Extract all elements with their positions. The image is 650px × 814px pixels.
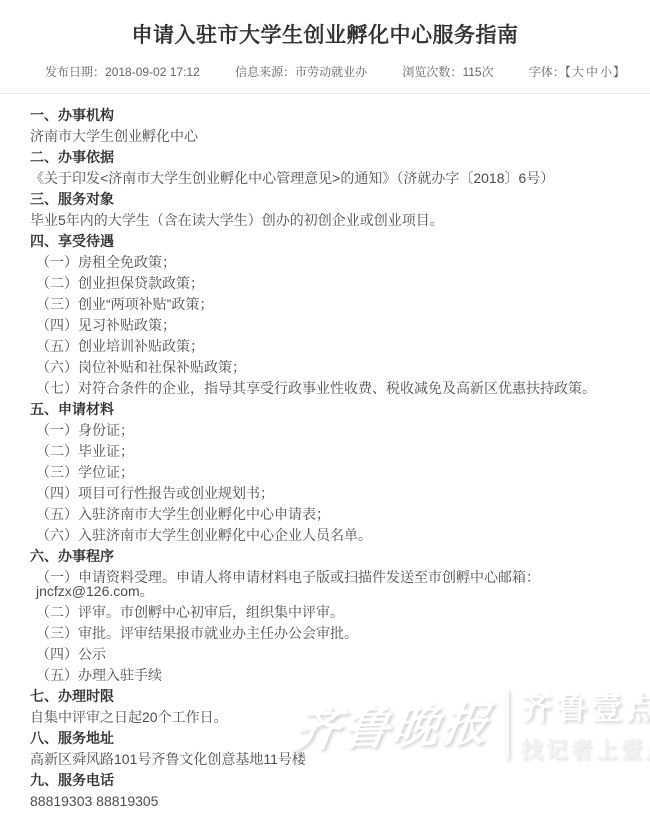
section-heading: 八、服务地址 (30, 727, 620, 748)
section-heading: 七、办理时限 (30, 685, 620, 706)
section-materials: 五、申请材料 （一）身份证； （二）毕业证； （三）学位证； （四）项目可行性报… (30, 398, 620, 545)
section-line: 毕业5年内的大学生（含在读大学生）创办的初创企业或创业项目。 (30, 209, 620, 230)
article-body: 一、办事机构 济南市大学生创业孵化中心 二、办事依据 《关于印发<济南市大学生创… (0, 94, 650, 811)
font-size-label: 字体： (529, 65, 565, 79)
section-heading: 二、办事依据 (30, 146, 620, 167)
section-heading: 九、服务电话 (30, 769, 620, 790)
publish-date-label: 发布日期： (45, 65, 105, 79)
section-basis: 二、办事依据 《关于印发<济南市大学生创业孵化中心管理意见>的通知》（济就办字〔… (30, 146, 620, 188)
font-size-medium-button[interactable]: 中 (585, 65, 599, 79)
view-count-label: 浏览次数： (402, 65, 462, 79)
section-line: 高新区舜风路101号齐鲁文化创意基地11号楼 (30, 748, 620, 769)
info-source-value: 市劳动就业办 (295, 65, 367, 79)
meta-bar: 发布日期：2018-09-02 17:12 信息来源：市劳动就业办 浏览次数：1… (0, 63, 650, 94)
font-size-small-button[interactable]: 小 (599, 65, 613, 79)
section-agency: 一、办事机构 济南市大学生创业孵化中心 (30, 104, 620, 146)
font-bracket-close: 】 (613, 65, 625, 79)
section-heading: 六、办事程序 (30, 545, 620, 566)
section-time-limit: 七、办理时限 自集中评审之日起20个工作日。 (30, 685, 620, 727)
section-service-target: 三、服务对象 毕业5年内的大学生（含在读大学生）创办的初创企业或创业项目。 (30, 188, 620, 230)
section-line: （五）入驻济南市大学生创业孵化中心申请表； (30, 503, 620, 524)
section-line: 济南市大学生创业孵化中心 (30, 125, 620, 146)
section-line: （四）项目可行性报告或创业规划书； (30, 482, 620, 503)
section-line: （四）见习补贴政策； (30, 314, 620, 335)
info-source: 信息来源：市劳动就业办 (235, 63, 367, 80)
section-line: （三）学位证； (30, 461, 620, 482)
section-procedure: 六、办事程序 （一）申请资料受理。申请人将申请材料电子版或扫描件发送至市创孵中心… (30, 545, 620, 685)
section-line: （一）身份证； (30, 419, 620, 440)
section-line: 自集中评审之日起20个工作日。 (30, 706, 620, 727)
section-line: （五）办理入驻手续 (30, 664, 620, 685)
publish-date-value: 2018-09-02 17:12 (105, 65, 200, 79)
section-line: （五）创业培训补贴政策； (30, 335, 620, 356)
section-heading: 三、服务对象 (30, 188, 620, 209)
section-line: （六）入驻济南市大学生创业孵化中心企业人员名单。 (30, 524, 620, 545)
section-line: 88819303 88819305 (30, 790, 620, 811)
section-benefits: 四、享受待遇 （一）房租全免政策； （二）创业担保贷款政策； （三）创业“两项补… (30, 230, 620, 398)
section-line: （一）房租全免政策； (30, 251, 620, 272)
font-size-large-button[interactable]: 大 (571, 65, 585, 79)
section-line: （三）创业“两项补贴”政策； (30, 293, 620, 314)
section-address: 八、服务地址 高新区舜风路101号齐鲁文化创意基地11号楼 (30, 727, 620, 769)
section-heading: 四、享受待遇 (30, 230, 620, 251)
section-line: （二）毕业证； (30, 440, 620, 461)
section-heading: 五、申请材料 (30, 398, 620, 419)
section-line: （七）对符合条件的企业，指导其享受行政事业性收费、税收减免及高新区优惠扶持政策。 (30, 377, 620, 398)
section-heading: 一、办事机构 (30, 104, 620, 125)
section-line: （二）创业担保贷款政策； (30, 272, 620, 293)
view-count-value: 115次 (462, 65, 493, 79)
section-line: （四）公示 (30, 643, 620, 664)
section-line: （一）申请资料受理。申请人将申请材料电子版或扫描件发送至市创孵中心邮箱：jncf… (30, 566, 620, 601)
section-phone: 九、服务电话 88819303 88819305 (30, 769, 620, 811)
section-line: 《关于印发<济南市大学生创业孵化中心管理意见>的通知》（济就办字〔2018〕6号… (30, 167, 620, 188)
page-title: 申请入驻市大学生创业孵化中心服务指南 (0, 0, 650, 49)
publish-date: 发布日期：2018-09-02 17:12 (45, 63, 200, 80)
section-line: （六）岗位补贴和社保补贴政策； (30, 356, 620, 377)
section-line: （三）审批。评审结果报市就业办主任办公会审批。 (30, 622, 620, 643)
font-size-control: 字体：【大中小】 (529, 63, 625, 80)
section-line: （二）评审。市创孵中心初审后，组织集中评审。 (30, 601, 620, 622)
view-count: 浏览次数：115次 (402, 63, 493, 80)
info-source-label: 信息来源： (235, 65, 295, 79)
